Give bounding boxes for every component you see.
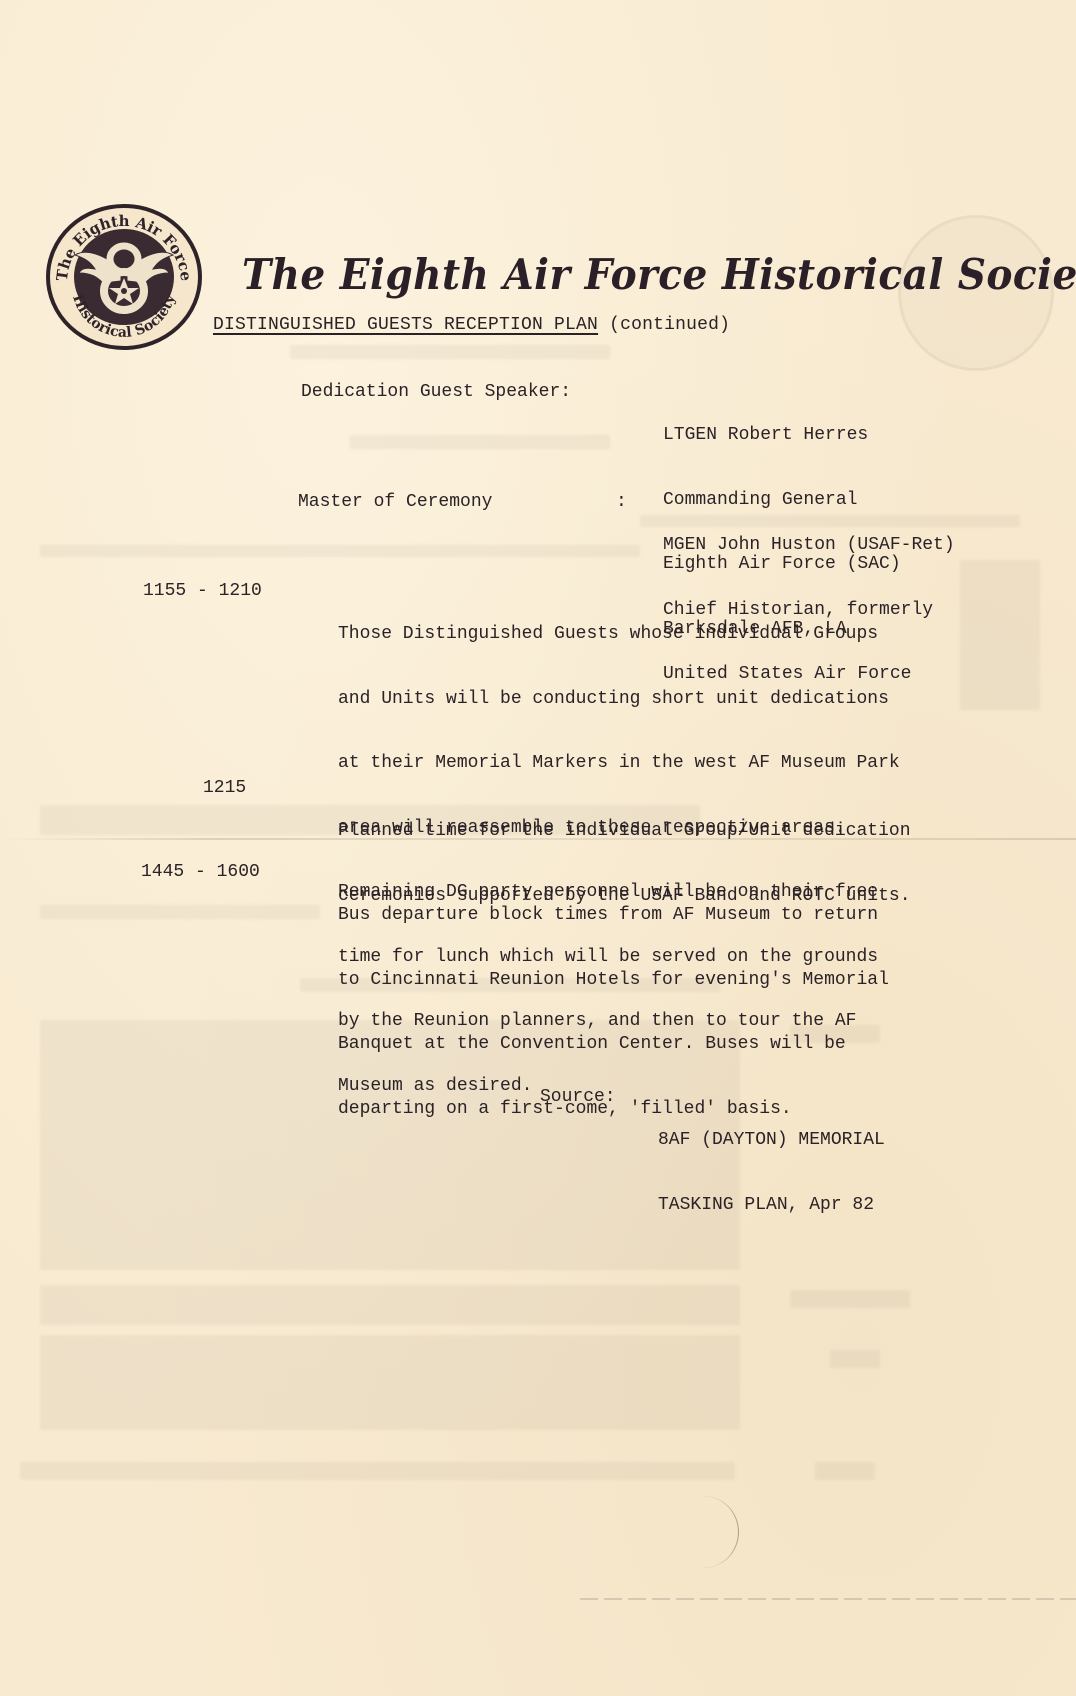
role-separator: : — [616, 492, 627, 514]
schedule-time: 1215 — [203, 778, 246, 800]
role-line: MGEN John Huston (USAF-Ret) — [663, 535, 955, 557]
bleed-through-text — [960, 560, 1040, 710]
organization-title: The Eighth Air Force Historical Society — [242, 250, 1076, 299]
subtitle-underlined: DISTINGUISHED GUESTS RECEPTION PLAN — [213, 315, 598, 335]
schedule-line: to Cincinnati Reunion Hotels for evening… — [338, 970, 889, 992]
role-label-guest-speaker: Dedication Guest Speaker: — [301, 382, 571, 404]
bleed-through-text — [40, 1335, 740, 1430]
society-seal-icon: The Eighth Air Force Historical Society — [45, 203, 203, 351]
source-citation: 8AF (DAYTON) MEMORIAL TASKING PLAN, Apr … — [658, 1087, 885, 1259]
document-subtitle: DISTINGUISHED GUESTS RECEPTION PLAN (con… — [213, 315, 730, 335]
schedule-line: at their Memorial Markers in the west AF… — [338, 753, 900, 775]
pen-mark — [668, 1496, 739, 1568]
schedule-line: Bus departure block times from AF Museum… — [338, 905, 889, 927]
schedule-time: 1155 - 1210 — [143, 581, 262, 603]
bleed-through-text — [350, 435, 610, 449]
schedule-line: and Units will be conducting short unit … — [338, 689, 900, 711]
role-label-master-of-ceremony: Master of Ceremony — [298, 492, 492, 514]
bleed-through-text — [290, 345, 610, 359]
bleed-through-text — [20, 1462, 735, 1480]
source-line: 8AF (DAYTON) MEMORIAL — [658, 1130, 885, 1152]
source-label: Source: — [540, 1087, 616, 1109]
schedule-line: Planned time for the individual Group/Un… — [338, 821, 911, 843]
source-line: TASKING PLAN, Apr 82 — [658, 1195, 885, 1217]
schedule-line: Banquet at the Convention Center. Buses … — [338, 1034, 889, 1056]
schedule-time: 1445 - 1600 — [141, 862, 260, 884]
bleed-through-text — [40, 905, 320, 919]
role-line: LTGEN Robert Herres — [663, 425, 901, 447]
bleed-through-text — [815, 1462, 875, 1480]
bleed-through-text — [830, 1350, 880, 1368]
bleed-through-text — [790, 1290, 910, 1308]
document-page: The Eighth Air Force Historical Society … — [0, 0, 1076, 1696]
subtitle-suffix: (continued) — [609, 315, 730, 335]
bleed-through-text — [40, 1285, 740, 1325]
schedule-line: Those Distinguished Guests whose individ… — [338, 624, 900, 646]
bleed-through-text — [40, 545, 640, 557]
fold-crease — [580, 1598, 1076, 1600]
